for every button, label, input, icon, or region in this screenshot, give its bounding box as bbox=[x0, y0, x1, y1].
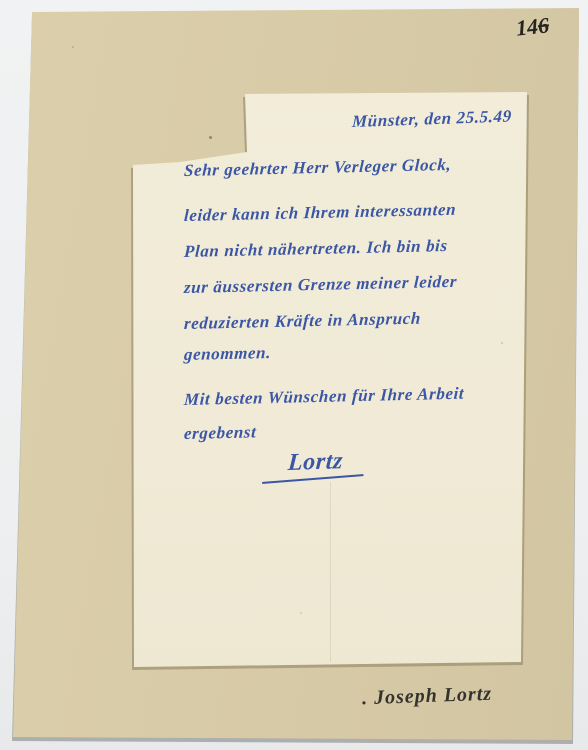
mount-board: 146 Münster, den 25.5.49 Sehr geehrter H… bbox=[0, 0, 588, 750]
letter-body-line-4: reduzierten Kräfte in Anspruch bbox=[184, 309, 422, 334]
letter-body-line-3: zur äussersten Grenze meiner leider bbox=[184, 272, 458, 298]
letter-closing-line-2: ergebenst bbox=[184, 422, 257, 444]
letter-salutation: Sehr geehrter Herr Verleger Glock, bbox=[184, 155, 452, 181]
letter-closing-line-1: Mit besten Wünschen für Ihre Arbeit bbox=[184, 384, 465, 410]
pencil-name-annotation: . Joseph Lortz bbox=[362, 683, 493, 711]
letter-body-line-2: Plan nicht nähertreten. Ich bin bis bbox=[184, 236, 449, 262]
board-speck bbox=[72, 46, 74, 48]
archival-number-text: 14 bbox=[515, 13, 539, 40]
letter-paper: Münster, den 25.5.49 Sehr geehrter Herr … bbox=[0, 0, 588, 750]
letter-signature: Lortz bbox=[287, 448, 344, 477]
archival-number-annotation: 146 bbox=[515, 12, 551, 41]
letter-body-line-1: leider kann ich Ihrem interessanten bbox=[184, 200, 457, 226]
paper-crease bbox=[330, 482, 331, 662]
board-speck bbox=[209, 136, 212, 139]
paper-speck bbox=[501, 342, 503, 344]
letter-body-line-5: genommen. bbox=[184, 343, 272, 365]
letter-date-line: Münster, den 25.5.49 bbox=[352, 106, 512, 132]
archival-number-struck-digit: 6 bbox=[537, 12, 551, 38]
paper-speck bbox=[300, 612, 302, 614]
scanned-letter-photograph: 146 Münster, den 25.5.49 Sehr geehrter H… bbox=[0, 0, 588, 750]
